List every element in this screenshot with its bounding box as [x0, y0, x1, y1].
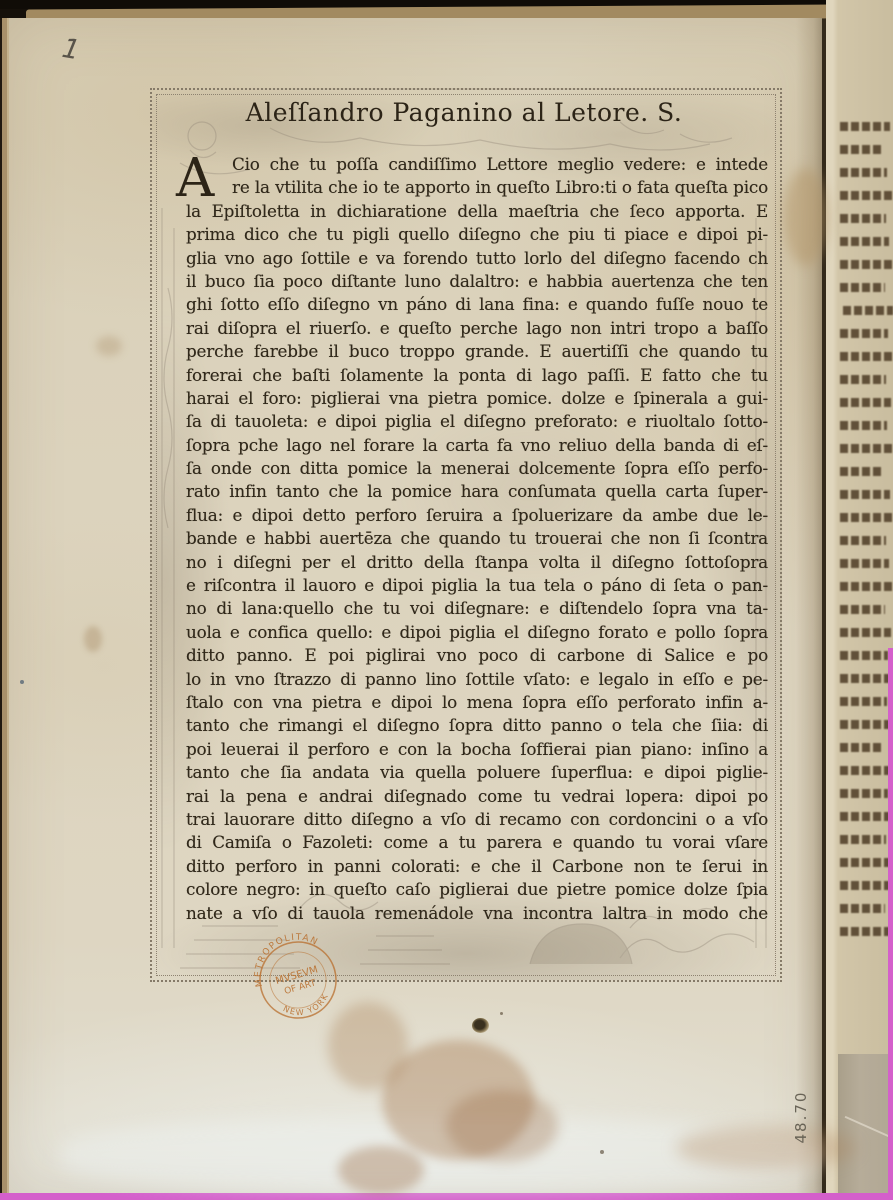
text-line: bande e habbi auertēza che quando tu tro… — [186, 527, 768, 550]
page-left-edge — [0, 18, 9, 1200]
text-line: lo in vno ſtrazzo di panno lino ſottile … — [186, 668, 768, 691]
text-line: Cio che tu poſſa candiſſimo Lettore megl… — [186, 153, 768, 176]
text-line: tanto che ſia andata via quella poluere … — [186, 761, 768, 784]
ink-speck — [600, 1150, 604, 1154]
text-line: ſtalo con vna pietra e dipoi lo mena ſop… — [186, 691, 768, 714]
accession-number: 48.70 — [792, 1082, 810, 1152]
body-text: Cio che tu poſſa candiſſimo Lettore megl… — [186, 153, 768, 925]
text-line: no di lana:quello che tu voi diſegnare: … — [186, 597, 768, 620]
text-line: colore negro: in queſto caſo piglierai d… — [186, 878, 768, 901]
text-line: perche farebbe il buco troppo grande. E … — [186, 340, 768, 363]
text-line: ditto panno. E poi piglirai vno poco di … — [186, 644, 768, 667]
text-line: ſa onde con ditta pomice la menerai dolc… — [186, 457, 768, 480]
page-right-curl-shadow — [796, 18, 828, 1196]
text-line: di Camiſa o Fazoleti: come a tu parera e… — [186, 831, 768, 854]
text-line: ſopra pche lago nel forare la carta fa v… — [186, 434, 768, 457]
text-line: re la vtilita che io te apporto in queſt… — [186, 176, 768, 199]
text-line: no i diſegni per el dritto della ſtanpa … — [186, 551, 768, 574]
text-line: poi leuerai il perforo e con la bocha ſo… — [186, 738, 768, 761]
text-line: ghi ſotto eſſo diſegno vn páno di lana f… — [186, 293, 768, 316]
text-line: rai la pena e andrai diſegnado come tu v… — [186, 785, 768, 808]
text-line: la Epiſtoletta in dichiaratione della ma… — [186, 200, 768, 223]
text-line: nate a vſo di tauola remenádole vna inco… — [186, 902, 768, 925]
text-line: glia vno ago ſottile e va forendo tutto … — [186, 247, 768, 270]
text-line: ditto perforo in panni colorati: e che i… — [186, 855, 768, 878]
ink-speck — [500, 1012, 503, 1015]
text-line: ſa di tauoleta: e dipoi piglia el diſegn… — [186, 410, 768, 433]
text-line: uola e confica quello: e dipoi piglia el… — [186, 621, 768, 644]
facing-page-blurred-text — [840, 122, 893, 1052]
text-line: flua: e dipoi detto perforo ſeruira a ſp… — [186, 504, 768, 527]
page-title: Aleſſandro Paganino al Letore. S. — [150, 98, 778, 127]
scan-edge-magenta-bottom — [0, 1193, 893, 1200]
text-line: forerai che baſti ſolamente la ponta di … — [186, 364, 768, 387]
text-line: harai el foro: piglierai vna pietra pomi… — [186, 387, 768, 410]
text-line: trai lauorare ditto diſegno a vſo di rec… — [186, 808, 768, 831]
scan-edge-magenta-right — [888, 648, 893, 1200]
text-line: e riſcontra il lauoro e dipoi piglia la … — [186, 574, 768, 597]
text-line: prima dico che tu pigli quello diſegno c… — [186, 223, 768, 246]
text-line: tanto che rimangi el diſegno ſopra ditto… — [186, 714, 768, 737]
text-line: rato infin tanto che la pomice hara conſ… — [186, 480, 768, 503]
scanned-book-page: 1 Aleſſand — [0, 0, 893, 1200]
text-line: il buco ſia poco diſtante luno dalaltro:… — [186, 270, 768, 293]
ink-speck — [20, 680, 24, 684]
text-line: rai diſopra el riuerſo. e queſto perche … — [186, 317, 768, 340]
